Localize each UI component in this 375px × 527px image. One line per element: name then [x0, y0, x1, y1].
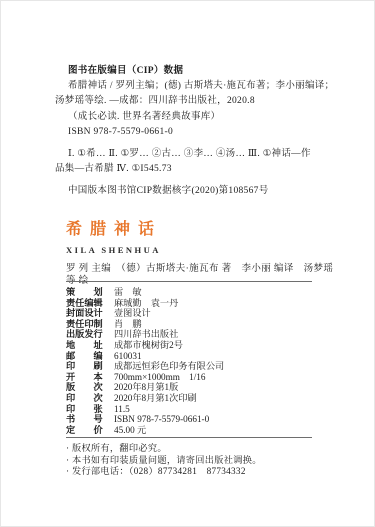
- notes-block: · 版权所有，翻印必究。 · 本书如有印装质量问题，请寄回出版社调换。 · 发行…: [66, 443, 337, 478]
- note-line: · 发行部电话：（028）87734281 87734332: [66, 466, 337, 478]
- pub-row: 印 刷成都远恒彩色印务有限公司: [66, 361, 337, 372]
- pub-value: 成都市槐树街2号: [114, 340, 183, 350]
- pub-value: 2020年8月第1次印刷: [114, 393, 197, 403]
- cip-heading: 图书在版编目（CIP）数据: [55, 64, 337, 79]
- pub-label: 书 号: [66, 414, 104, 425]
- pub-label: 责任印制: [66, 319, 104, 330]
- pub-row: 封面设计壹图设计: [66, 308, 337, 319]
- cip-classification-line: 品集—古希腊 Ⅳ. ①I545.73: [55, 162, 337, 177]
- note-line: · 本书如有印装质量问题，请寄回出版社调换。: [66, 455, 337, 467]
- authors-line: 罗 列 主编 （德）古斯塔夫·施瓦布 著 李小丽 编译 汤梦瑶等 绘: [66, 263, 337, 287]
- pub-label: 印 刷: [66, 361, 104, 372]
- pub-label: 责任编辑: [66, 298, 104, 309]
- book-title-pinyin: XILA SHENHUA: [66, 245, 337, 256]
- pub-value: 11.5: [114, 404, 130, 414]
- pub-row: 版 次2020年8月第1版: [66, 382, 337, 393]
- pub-value: 610031: [114, 351, 142, 361]
- publication-info: 策 划雷 敏 责任编辑麻珹勤 袁一丹 封面设计壹图设计 责任印制肖 鹏 出版发行…: [66, 287, 337, 435]
- pub-row: 邮 编610031: [66, 351, 337, 362]
- cip-block: 图书在版编目（CIP）数据 希腊神话 / 罗列主编；(德) 古斯塔夫·施瓦布著；…: [55, 64, 337, 200]
- pub-label: 印 张: [66, 404, 104, 415]
- cip-record-number: 中国版本图书馆CIP数据核字(2020)第108567号: [55, 184, 337, 199]
- cip-classification-line: Ⅰ. ①希… Ⅱ. ①罗… ②古… ③李… ④汤… Ⅲ. ①神话—作: [55, 147, 337, 162]
- divider: [66, 281, 312, 282]
- pub-value: 2020年8月第1版: [114, 382, 178, 392]
- pub-row: 书 号ISBN 978-7-5579-0661-0: [66, 414, 337, 425]
- pub-value: 壹图设计: [114, 308, 151, 318]
- pub-value: 四川辞书出版社: [114, 329, 178, 339]
- pub-label: 封面设计: [66, 308, 104, 319]
- book-title: 希腊神话: [66, 220, 337, 240]
- pub-value: 700mm×1000mm 1/16: [114, 372, 205, 382]
- pub-row: 开 本700mm×1000mm 1/16: [66, 372, 337, 383]
- note-line: · 版权所有，翻印必究。: [66, 443, 337, 455]
- pub-row: 印 张11.5: [66, 404, 337, 415]
- pub-value: 雷 敏: [114, 287, 142, 297]
- cip-line: ISBN 978-7-5579-0661-0: [55, 125, 337, 140]
- pub-value: 麻珹勤 袁一丹: [114, 298, 178, 308]
- cip-line: 汤梦瑶等绘. —成都：四川辞书出版社，2020.8: [55, 94, 337, 109]
- pub-value: 成都远恒彩色印务有限公司: [114, 361, 224, 371]
- pub-row: 地 址成都市槐树街2号: [66, 340, 337, 351]
- pub-row: 责任编辑麻珹勤 袁一丹: [66, 298, 337, 309]
- pub-label: 印 次: [66, 393, 104, 404]
- pub-label: 定 价: [66, 425, 104, 436]
- pub-label: 开 本: [66, 372, 104, 383]
- pub-value: ISBN 978-7-5579-0661-0: [114, 414, 209, 424]
- title-block: 希腊神话 XILA SHENHUA 罗 列 主编 （德）古斯塔夫·施瓦布 著 李…: [66, 220, 337, 287]
- pub-row: 定 价45.00 元: [66, 425, 337, 436]
- copyright-page: 图书在版编目（CIP）数据 希腊神话 / 罗列主编；(德) 古斯塔夫·施瓦布著；…: [0, 0, 375, 527]
- cip-line: （成长必读. 世界名著经典故事库）: [55, 110, 337, 125]
- pub-value: 肖 鹏: [114, 319, 142, 329]
- pub-label: 邮 编: [66, 351, 104, 362]
- cip-line: 希腊神话 / 罗列主编；(德) 古斯塔夫·施瓦布著；李小丽编译；: [55, 79, 337, 94]
- pub-label: 版 次: [66, 382, 104, 393]
- pub-row: 印 次2020年8月第1次印刷: [66, 393, 337, 404]
- pub-row: 策 划雷 敏: [66, 287, 337, 298]
- pub-label: 地 址: [66, 340, 104, 351]
- pub-row: 出版发行四川辞书出版社: [66, 329, 337, 340]
- pub-label: 策 划: [66, 287, 104, 298]
- pub-row: 责任印制肖 鹏: [66, 319, 337, 330]
- pub-label: 出版发行: [66, 329, 104, 340]
- pub-value: 45.00 元: [114, 425, 146, 435]
- divider: [66, 437, 312, 438]
